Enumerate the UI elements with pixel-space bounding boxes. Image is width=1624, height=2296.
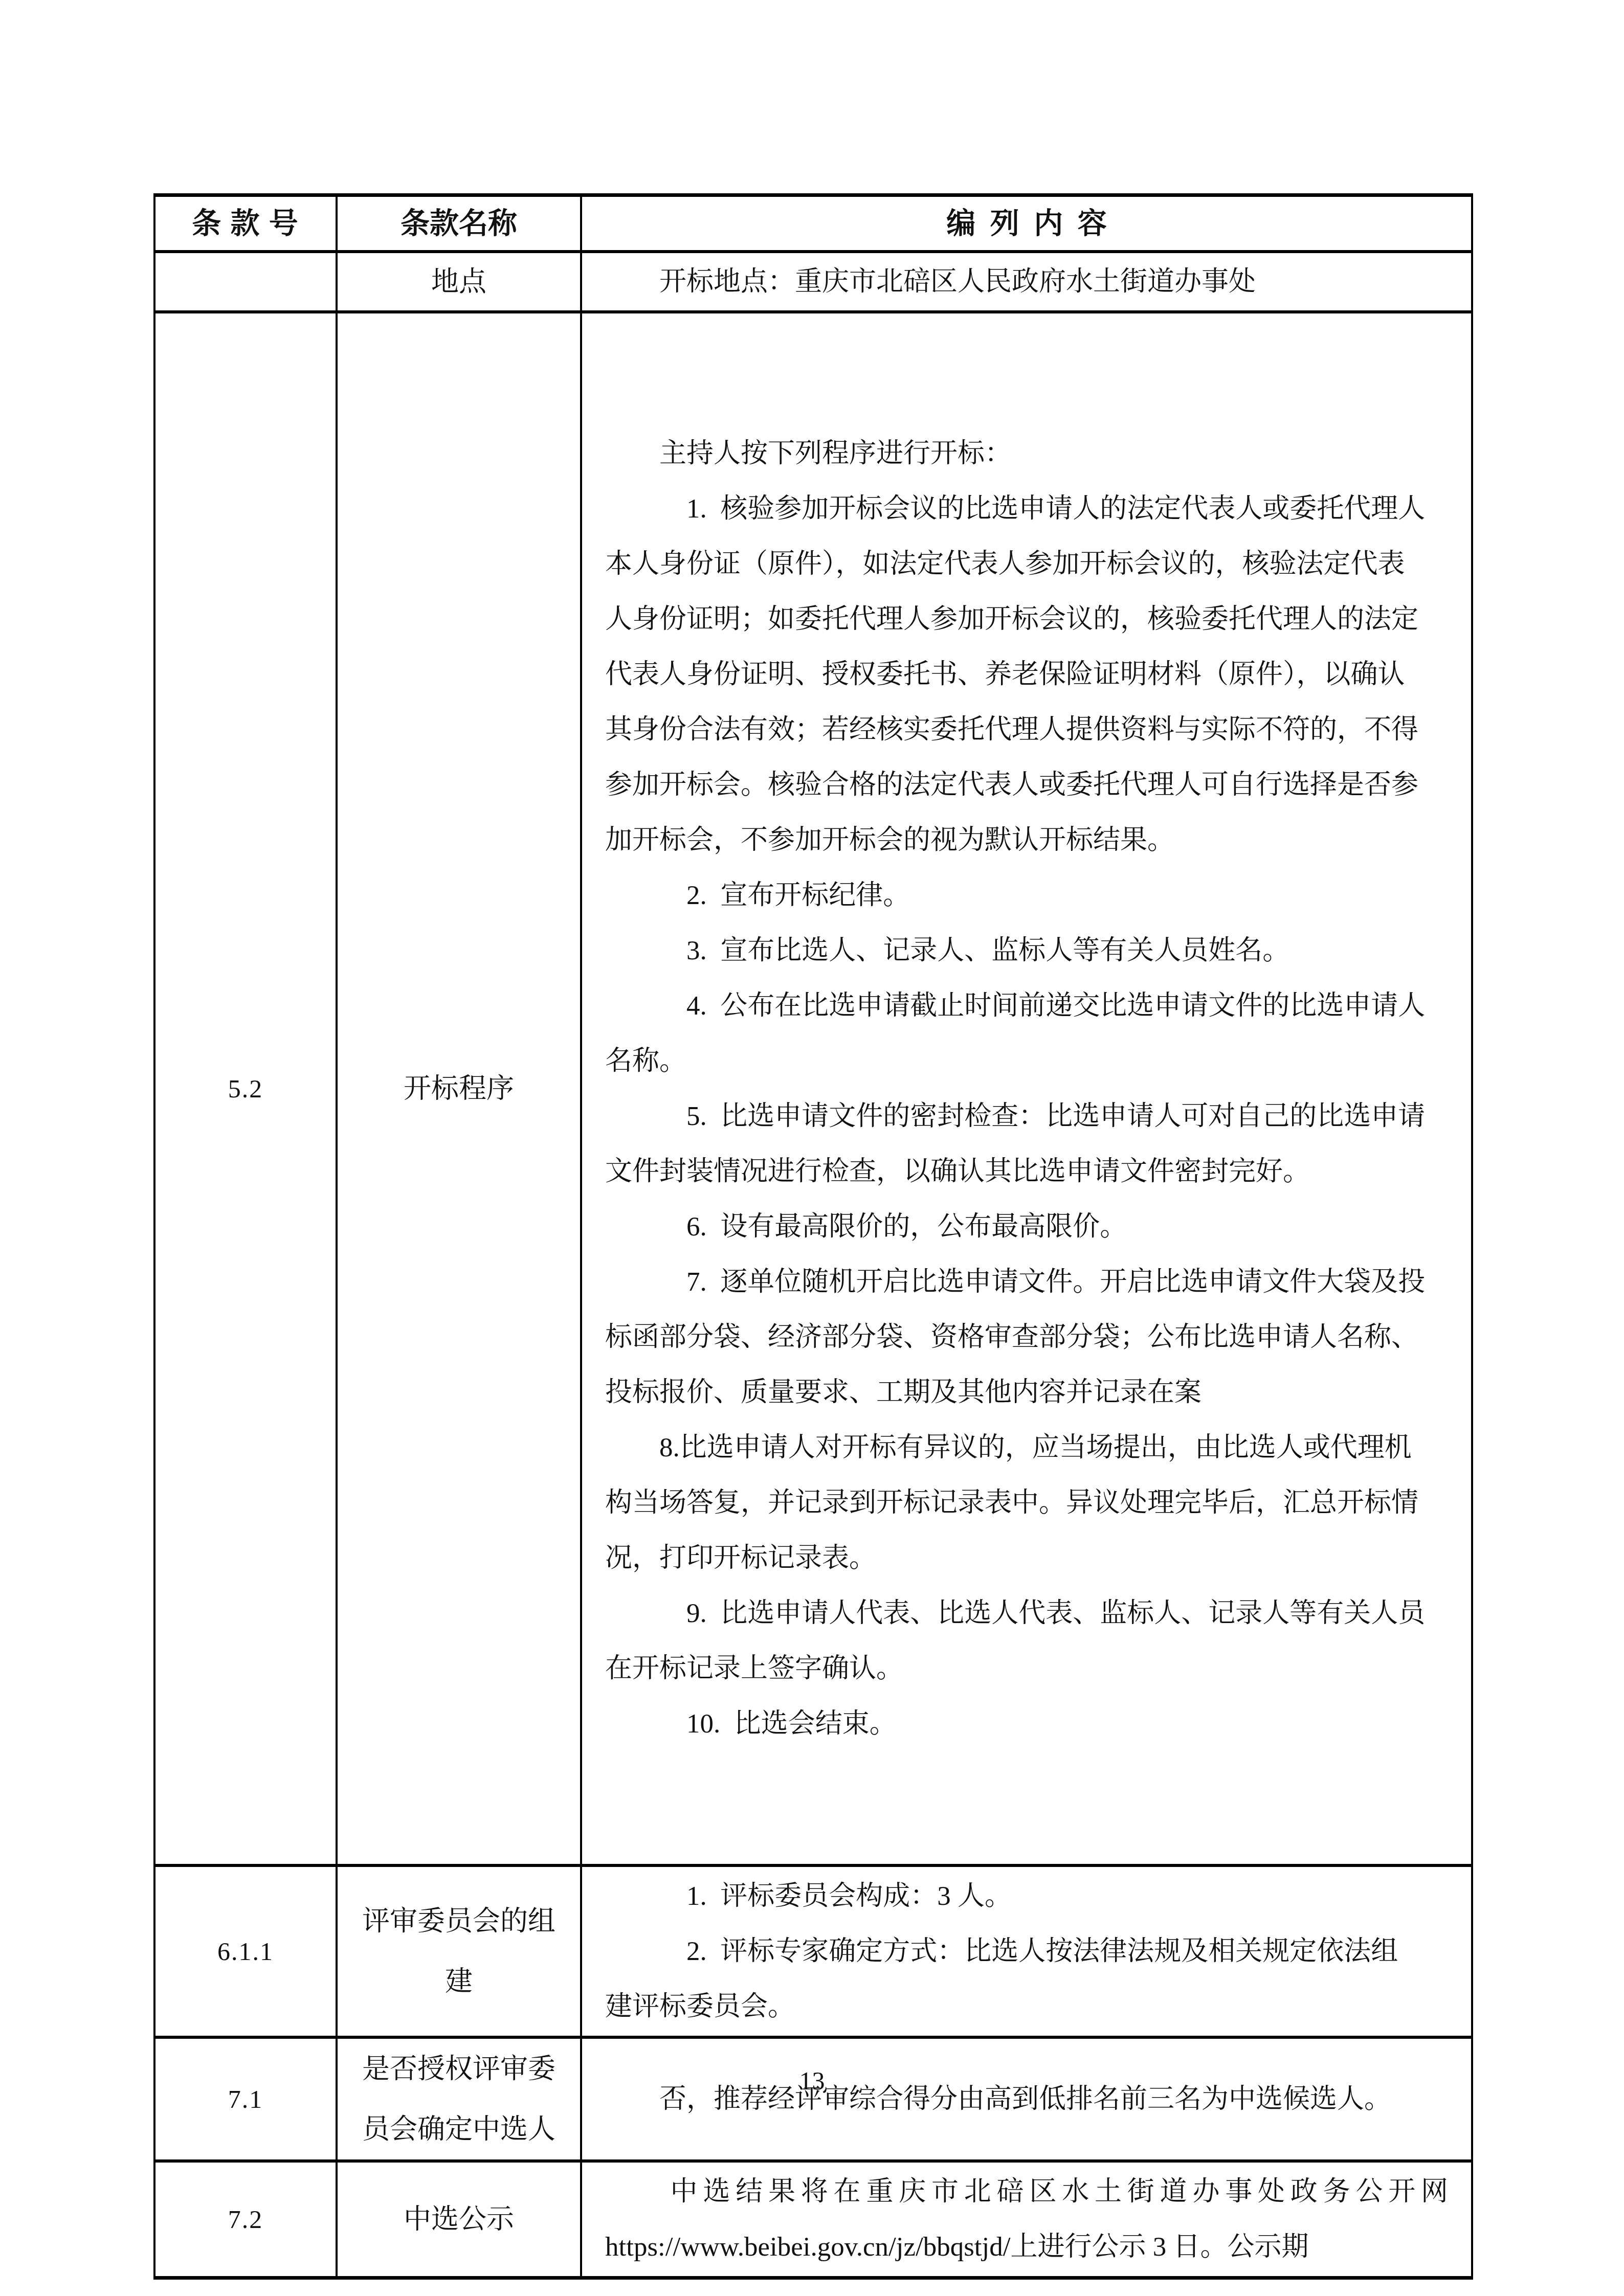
header-clause-no: 条 款 号 xyxy=(155,197,338,250)
document-page: 条 款 号 条款名称 编 列 内 容 地点 开标地点：重庆市北碚区人民政府水土街… xyxy=(0,0,1624,2296)
cell-clause-no: 6.1.1 xyxy=(155,1867,338,2036)
cell-content-text: 开标地点：重庆市北碚区人民政府水土街道办事处 xyxy=(605,254,1448,309)
cell-clause-no: 5.2 xyxy=(155,313,338,1864)
cell-clause-no: 7.2 xyxy=(155,2163,338,2276)
page-number: 13 xyxy=(0,2066,1624,2096)
cell-clause-name: 评审委员会的组 建 xyxy=(338,1867,582,2036)
cell-clause-no: 7.1 xyxy=(155,2039,338,2159)
cell-content: 主持人按下列程序进行开标： 1. 核验参加开标会议的比选申请人的法定代表人或委托… xyxy=(582,313,1471,1864)
cell-content-text: 主持人按下列程序进行开标： 1. 核验参加开标会议的比选申请人的法定代表人或委托… xyxy=(605,426,1448,1751)
table-row-location: 地点 开标地点：重庆市北碚区人民政府水土街道办事处 xyxy=(155,250,1471,310)
cell-content-text: 1. 评标委员会构成：3 人。 2. 评标专家确定方式：比选人按法律法规及相关规… xyxy=(605,1869,1448,2034)
cell-content: 开标地点：重庆市北碚区人民政府水土街道办事处 xyxy=(582,253,1471,310)
cell-content-text: 中选结果将在重庆市北碚区水土街道办事处政务公开网https://www.beib… xyxy=(605,2164,1448,2275)
table-row-selection-publicity: 7.2 中选公示 中选结果将在重庆市北碚区水土街道办事处政务公开网https:/… xyxy=(155,2159,1471,2276)
cell-content: 中选结果将在重庆市北碚区水土街道办事处政务公开网https://www.beib… xyxy=(582,2163,1471,2276)
cell-clause-name: 中选公示 xyxy=(338,2163,582,2276)
cell-content: 否，推荐经评审综合得分由高到低排名前三名为中选候选人。 xyxy=(582,2039,1471,2159)
cell-clause-name: 是否授权评审委 员会确定中选人 xyxy=(338,2039,582,2159)
table-header-row: 条 款 号 条款名称 编 列 内 容 xyxy=(155,197,1471,250)
table-row-review-committee: 6.1.1 评审委员会的组 建 1. 评标委员会构成：3 人。 2. 评标专家确… xyxy=(155,1864,1471,2036)
header-content: 编 列 内 容 xyxy=(582,197,1471,250)
table-row-authorize-committee: 7.1 是否授权评审委 员会确定中选人 否，推荐经评审综合得分由高到低排名前三名… xyxy=(155,2036,1471,2159)
cell-clause-name: 开标程序 xyxy=(338,313,582,1864)
clauses-table: 条 款 号 条款名称 编 列 内 容 地点 开标地点：重庆市北碚区人民政府水土街… xyxy=(153,193,1473,2280)
cell-clause-no xyxy=(155,253,338,310)
cell-content: 1. 评标委员会构成：3 人。 2. 评标专家确定方式：比选人按法律法规及相关规… xyxy=(582,1867,1471,2036)
table-row-bid-opening-procedure: 5.2 开标程序 主持人按下列程序进行开标： 1. 核验参加开标会议的比选申请人… xyxy=(155,310,1471,1864)
header-clause-name: 条款名称 xyxy=(338,197,582,250)
cell-clause-name: 地点 xyxy=(338,253,582,310)
